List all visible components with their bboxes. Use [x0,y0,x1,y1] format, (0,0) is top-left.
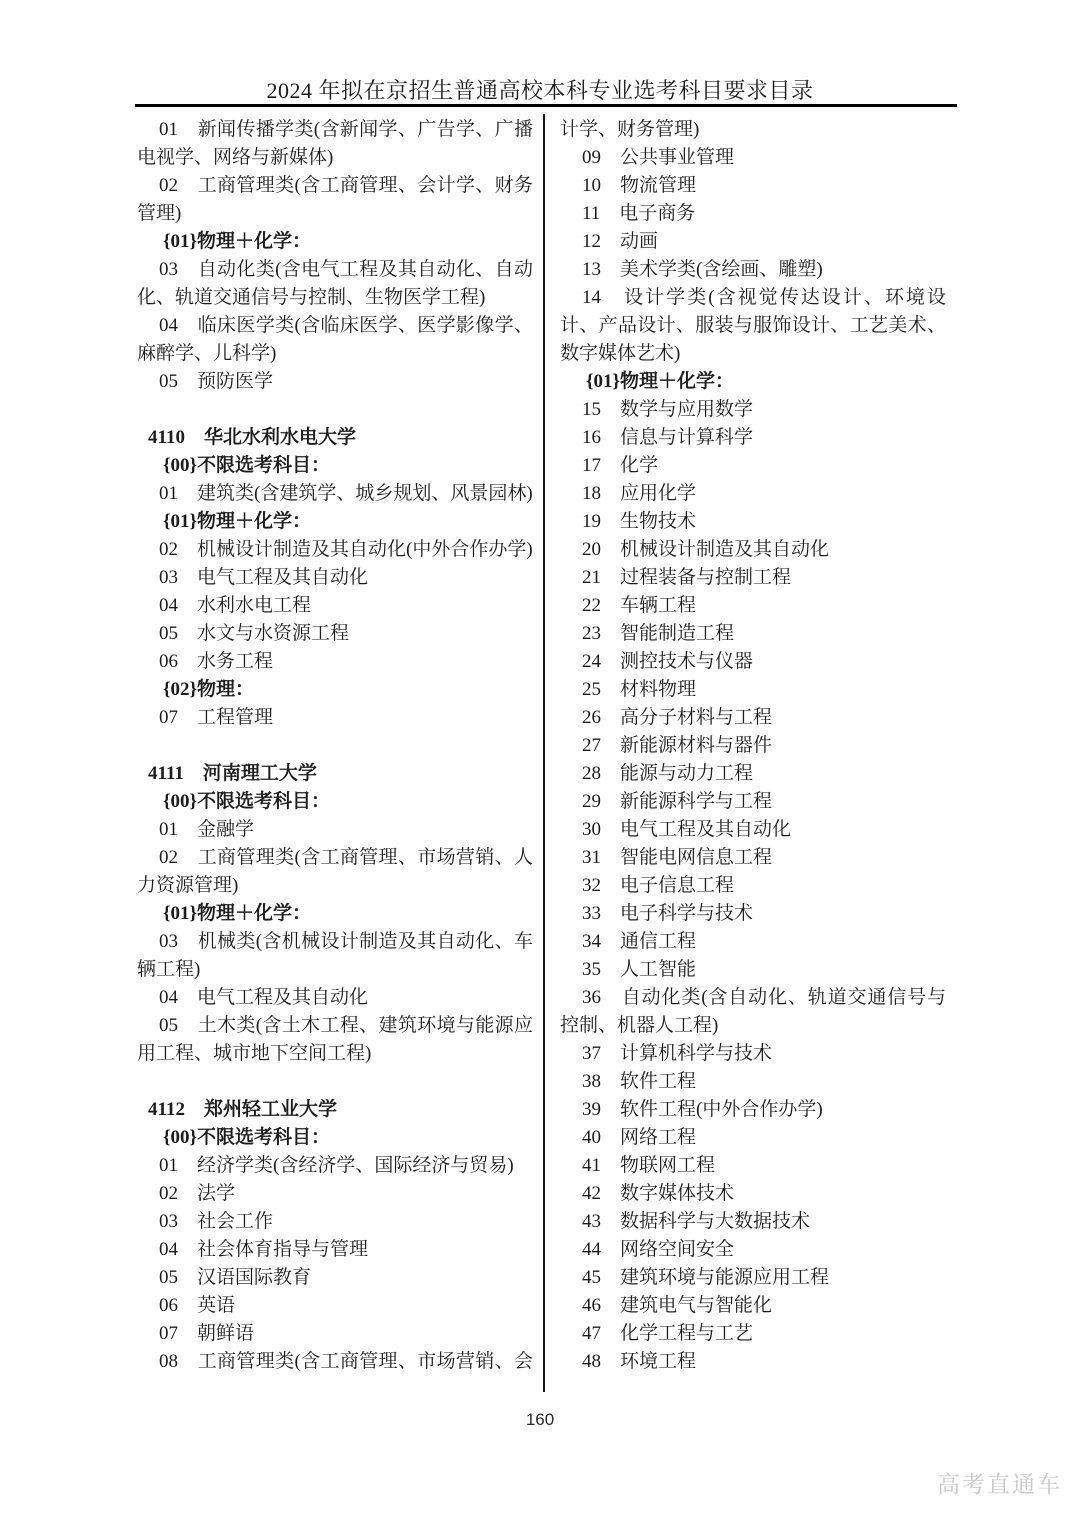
entry-item: 40 网络工程 [560,1124,946,1152]
entry-rule: {00}不限选考科目： [137,788,533,816]
entry-item-cut: 08 工商管理类(含工商管理、市场营销、会 [137,1348,533,1376]
entry-rule: {01}物理＋化学： [137,508,533,536]
entry-item: 01 建筑类(含建筑学、城乡规划、风景园林) [137,480,533,508]
entry-item: 28 能源与动力工程 [560,760,946,788]
entry-item: 03 社会工作 [137,1208,533,1236]
entry-item: 19 生物技术 [560,508,946,536]
entry-university: 4111 河南理工大学 [137,760,533,788]
entry-rule: {00}不限选考科目： [137,452,533,480]
entry-item: 27 新能源材料与器件 [560,732,946,760]
column-right: 计学、财务管理)09 公共事业管理10 物流管理11 电子商务12 动画13 美… [560,116,946,1376]
entry-item: 02 机械设计制造及其自动化(中外合作办学) [137,536,533,564]
entry-item: 05 汉语国际教育 [137,1264,533,1292]
entry-item: 20 机械设计制造及其自动化 [560,536,946,564]
entry-item: 26 高分子材料与工程 [560,704,946,732]
entry-item: 48 环境工程 [560,1348,946,1376]
entry-item: 06 水务工程 [137,648,533,676]
entry-item: 02 法学 [137,1180,533,1208]
entry-item: 38 软件工程 [560,1068,946,1096]
entry-gap [137,732,533,760]
entry-item: 01 经济学类(含经济学、国际经济与贸易) [137,1152,533,1180]
entry-item: 03 机械类(含机械设计制造及其自动化、车辆工程) [137,928,533,984]
entry-rule: {00}不限选考科目： [137,1124,533,1152]
entry-item: 13 美术学类(含绘画、雕塑) [560,256,946,284]
entry-item: 21 过程装备与控制工程 [560,564,946,592]
header-rule [135,104,957,107]
entry-item: 04 电气工程及其自动化 [137,984,533,1012]
entry-item: 34 通信工程 [560,928,946,956]
entry-item: 12 动画 [560,228,946,256]
watermark: 高考直通车 [937,1466,1062,1499]
entry-item: 02 工商管理类(含工商管理、市场营销、人力资源管理) [137,844,533,900]
entry-item: 29 新能源科学与工程 [560,788,946,816]
entry-rule: {01}物理＋化学： [137,228,533,256]
entry-item: 16 信息与计算科学 [560,424,946,452]
entry-item: 37 计算机科学与技术 [560,1040,946,1068]
entry-rule: {01}物理＋化学： [137,900,533,928]
entry-item: 30 电气工程及其自动化 [560,816,946,844]
entry-gap [137,396,533,424]
entry-item: 02 工商管理类(含工商管理、会计学、财务管理) [137,172,533,228]
document-page: 2024 年拟在京招生普通高校本科专业选考科目要求目录 01 新闻传播学类(含新… [0,0,1080,1527]
entry-item: 04 水利水电工程 [137,592,533,620]
entry-item: 03 电气工程及其自动化 [137,564,533,592]
entry-item: 36 自动化类(含自动化、轨道交通信号与控制、机器人工程) [560,984,946,1040]
entry-item: 05 预防医学 [137,368,533,396]
entry-item: 35 人工智能 [560,956,946,984]
entry-item: 22 车辆工程 [560,592,946,620]
entry-university: 4110 华北水利水电大学 [137,424,533,452]
entry-item: 44 网络空间安全 [560,1236,946,1264]
entry-rule: {01}物理＋化学： [560,368,946,396]
entry-item: 01 新闻传播学类(含新闻学、广告学、广播电视学、网络与新媒体) [137,116,533,172]
entry-item: 01 金融学 [137,816,533,844]
entry-item: 07 工程管理 [137,704,533,732]
entry-continuation: 计学、财务管理) [560,116,946,144]
entry-item: 17 化学 [560,452,946,480]
entry-item: 43 数据科学与大数据技术 [560,1208,946,1236]
entry-gap [137,1068,533,1096]
entry-item: 14 设计学类(含视觉传达设计、环境设计、产品设计、服装与服饰设计、工艺美术、数… [560,284,946,368]
entry-university: 4112 郑州轻工业大学 [137,1096,533,1124]
entry-item: 33 电子科学与技术 [560,900,946,928]
entry-item: 05 水文与水资源工程 [137,620,533,648]
entry-item: 05 土木类(含土木工程、建筑环境与能源应用工程、城市地下空间工程) [137,1012,533,1068]
entry-item: 15 数学与应用数学 [560,396,946,424]
entry-item: 31 智能电网信息工程 [560,844,946,872]
entry-item: 07 朝鲜语 [137,1320,533,1348]
entry-item: 06 英语 [137,1292,533,1320]
entry-item: 46 建筑电气与智能化 [560,1292,946,1320]
entry-item: 04 临床医学类(含临床医学、医学影像学、麻醉学、儿科学) [137,312,533,368]
column-left: 01 新闻传播学类(含新闻学、广告学、广播电视学、网络与新媒体)02 工商管理类… [137,116,533,1376]
entry-item: 11 电子商务 [560,200,946,228]
entry-item: 03 自动化类(含电气工程及其自动化、自动化、轨道交通信号与控制、生物医学工程) [137,256,533,312]
entry-item: 18 应用化学 [560,480,946,508]
entry-item: 09 公共事业管理 [560,144,946,172]
page-number: 160 [0,1410,1080,1430]
entry-rule: {02}物理： [137,676,533,704]
entry-item: 04 社会体育指导与管理 [137,1236,533,1264]
entry-item: 39 软件工程(中外合作办学) [560,1096,946,1124]
entry-item: 23 智能制造工程 [560,620,946,648]
entry-item: 45 建筑环境与能源应用工程 [560,1264,946,1292]
entry-item: 24 测控技术与仪器 [560,648,946,676]
entry-item: 47 化学工程与工艺 [560,1320,946,1348]
entry-item: 10 物流管理 [560,172,946,200]
page-title: 2024 年拟在京招生普通高校本科专业选考科目要求目录 [0,74,1080,105]
entry-item: 25 材料物理 [560,676,946,704]
entry-item: 42 数字媒体技术 [560,1180,946,1208]
entry-item: 41 物联网工程 [560,1152,946,1180]
entry-item: 32 电子信息工程 [560,872,946,900]
column-divider [543,114,545,1392]
